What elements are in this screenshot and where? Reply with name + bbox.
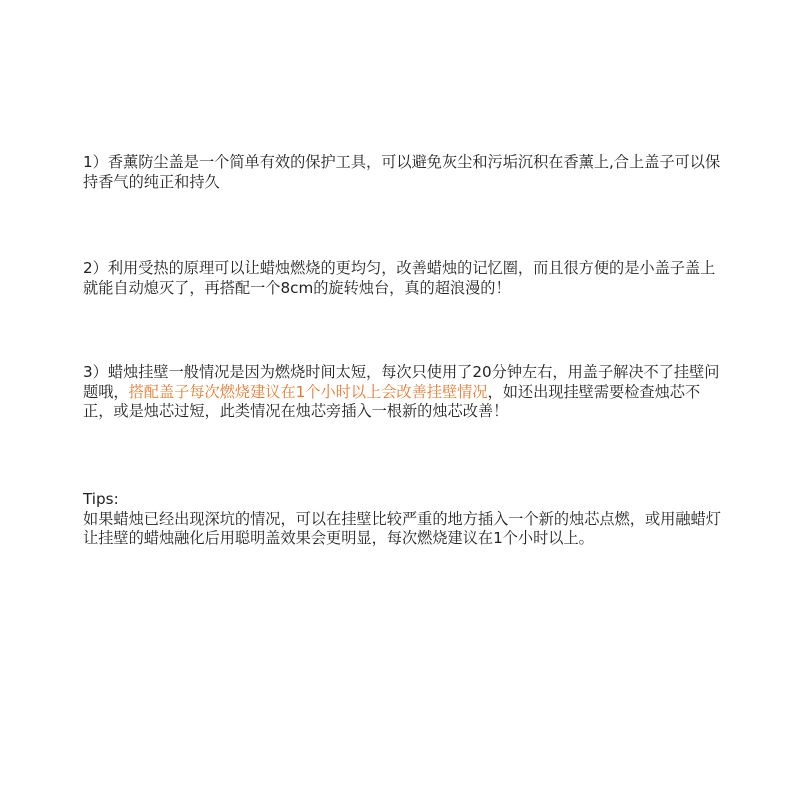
paragraph-2-text: 2）利用受热的原理可以让蜡烛燃烧的更均匀，改善蜡烛的记忆圈，而且很方便的是小盖子… — [83, 259, 715, 297]
paragraph-1-text: 1）香薰防尘盖是一个简单有效的保护工具，可以避免灰尘和污垢沉积在香薰上,合上盖子… — [83, 153, 720, 191]
paragraph-3: 3）蜡烛挂壁一般情况是因为燃烧时间太短，每次只使用了20分钟左右，用盖子解决不了… — [83, 363, 723, 422]
tips-section: Tips: 如果蜡烛已经出现深坑的情况，可以在挂壁比较严重的地方插入一个新的烛芯… — [83, 490, 723, 549]
paragraph-1: 1）香薰防尘盖是一个简单有效的保护工具，可以避免灰尘和污垢沉积在香薰上,合上盖子… — [83, 153, 723, 192]
paragraph-2: 2）利用受热的原理可以让蜡烛燃烧的更均匀，改善蜡烛的记忆圈，而且很方便的是小盖子… — [83, 259, 723, 298]
tips-heading: Tips: — [83, 490, 723, 510]
paragraph-3-highlight: 搭配盖子每次燃烧建议在1个小时以上会改善挂壁情况 — [129, 383, 488, 401]
tips-text: 如果蜡烛已经出现深坑的情况，可以在挂壁比较严重的地方插入一个新的烛芯点燃，或用融… — [83, 510, 723, 549]
